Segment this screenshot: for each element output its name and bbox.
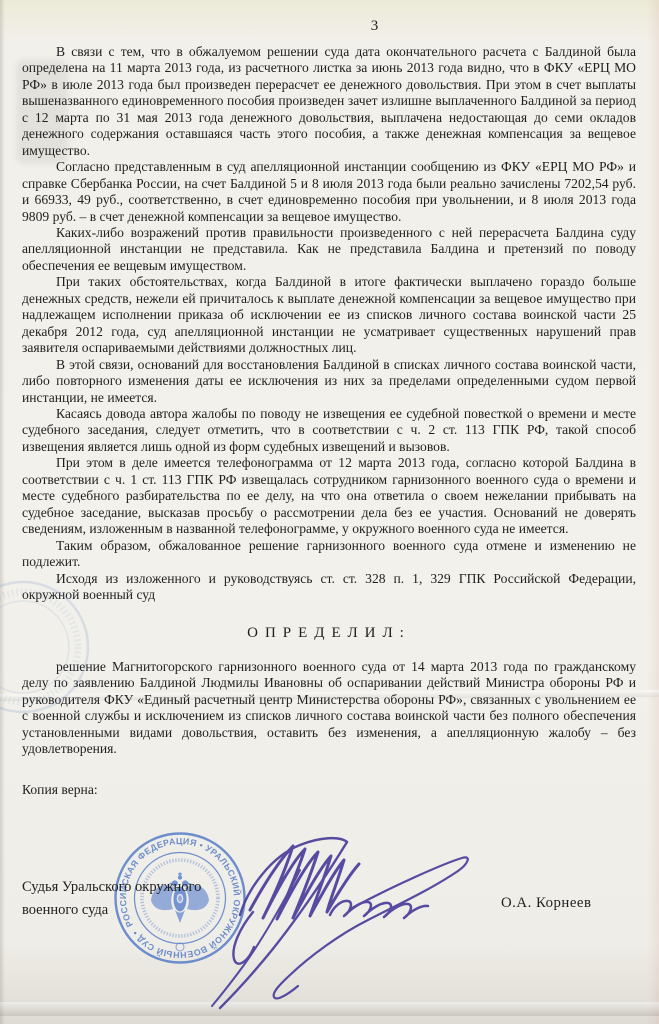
body-paragraph: Исходя из изложенного и руководствуясь с… — [22, 571, 636, 604]
body-paragraph: Касаясь довода автора жалобы по поводу н… — [22, 406, 636, 455]
scan-edge-shadow-left — [0, 0, 5, 1024]
stamp-bleedthrough — [0, 572, 98, 722]
body-paragraph: Каких-либо возражений против правильност… — [22, 225, 636, 274]
scan-edge-tint-right — [647, 0, 659, 1024]
body-paragraph: В этой связи, оснований для восстановлен… — [22, 357, 636, 406]
body-paragraph: Согласно представленным в суд апелляцион… — [22, 159, 636, 225]
judge-title-line1: Судья Уральского окружного — [22, 876, 222, 899]
judge-name: О.А. Корнеев — [501, 895, 591, 912]
judge-title: Судья Уральского окружного военного суда — [22, 876, 222, 921]
document-page: 3 В связи с тем, что в обжалуемом решени… — [0, 0, 659, 1024]
page-number: 3 — [45, 18, 659, 35]
ruling-paragraph: решение Магнитогорского гарнизонного вое… — [22, 659, 636, 758]
document-body-text: В связи с тем, что в обжалуемом решении … — [22, 44, 636, 798]
copy-certification-note: Копия верна: — [22, 782, 636, 798]
stamp-bottom-emblem — [176, 943, 184, 951]
body-paragraph: Таким образом, обжалованное решение гарн… — [22, 538, 636, 571]
body-paragraph: При таких обстоятельствах, когда Балдино… — [22, 274, 636, 356]
judge-title-line2: военного суда — [22, 899, 222, 922]
ruling-heading: ОПРЕДЕЛИЛ: — [22, 625, 636, 641]
body-paragraph: При этом в деле имеется телефонограмма о… — [22, 455, 636, 537]
paper-crease-bottom — [0, 1002, 659, 1016]
body-paragraph: В связи с тем, что в обжалуемом решении … — [22, 44, 636, 159]
